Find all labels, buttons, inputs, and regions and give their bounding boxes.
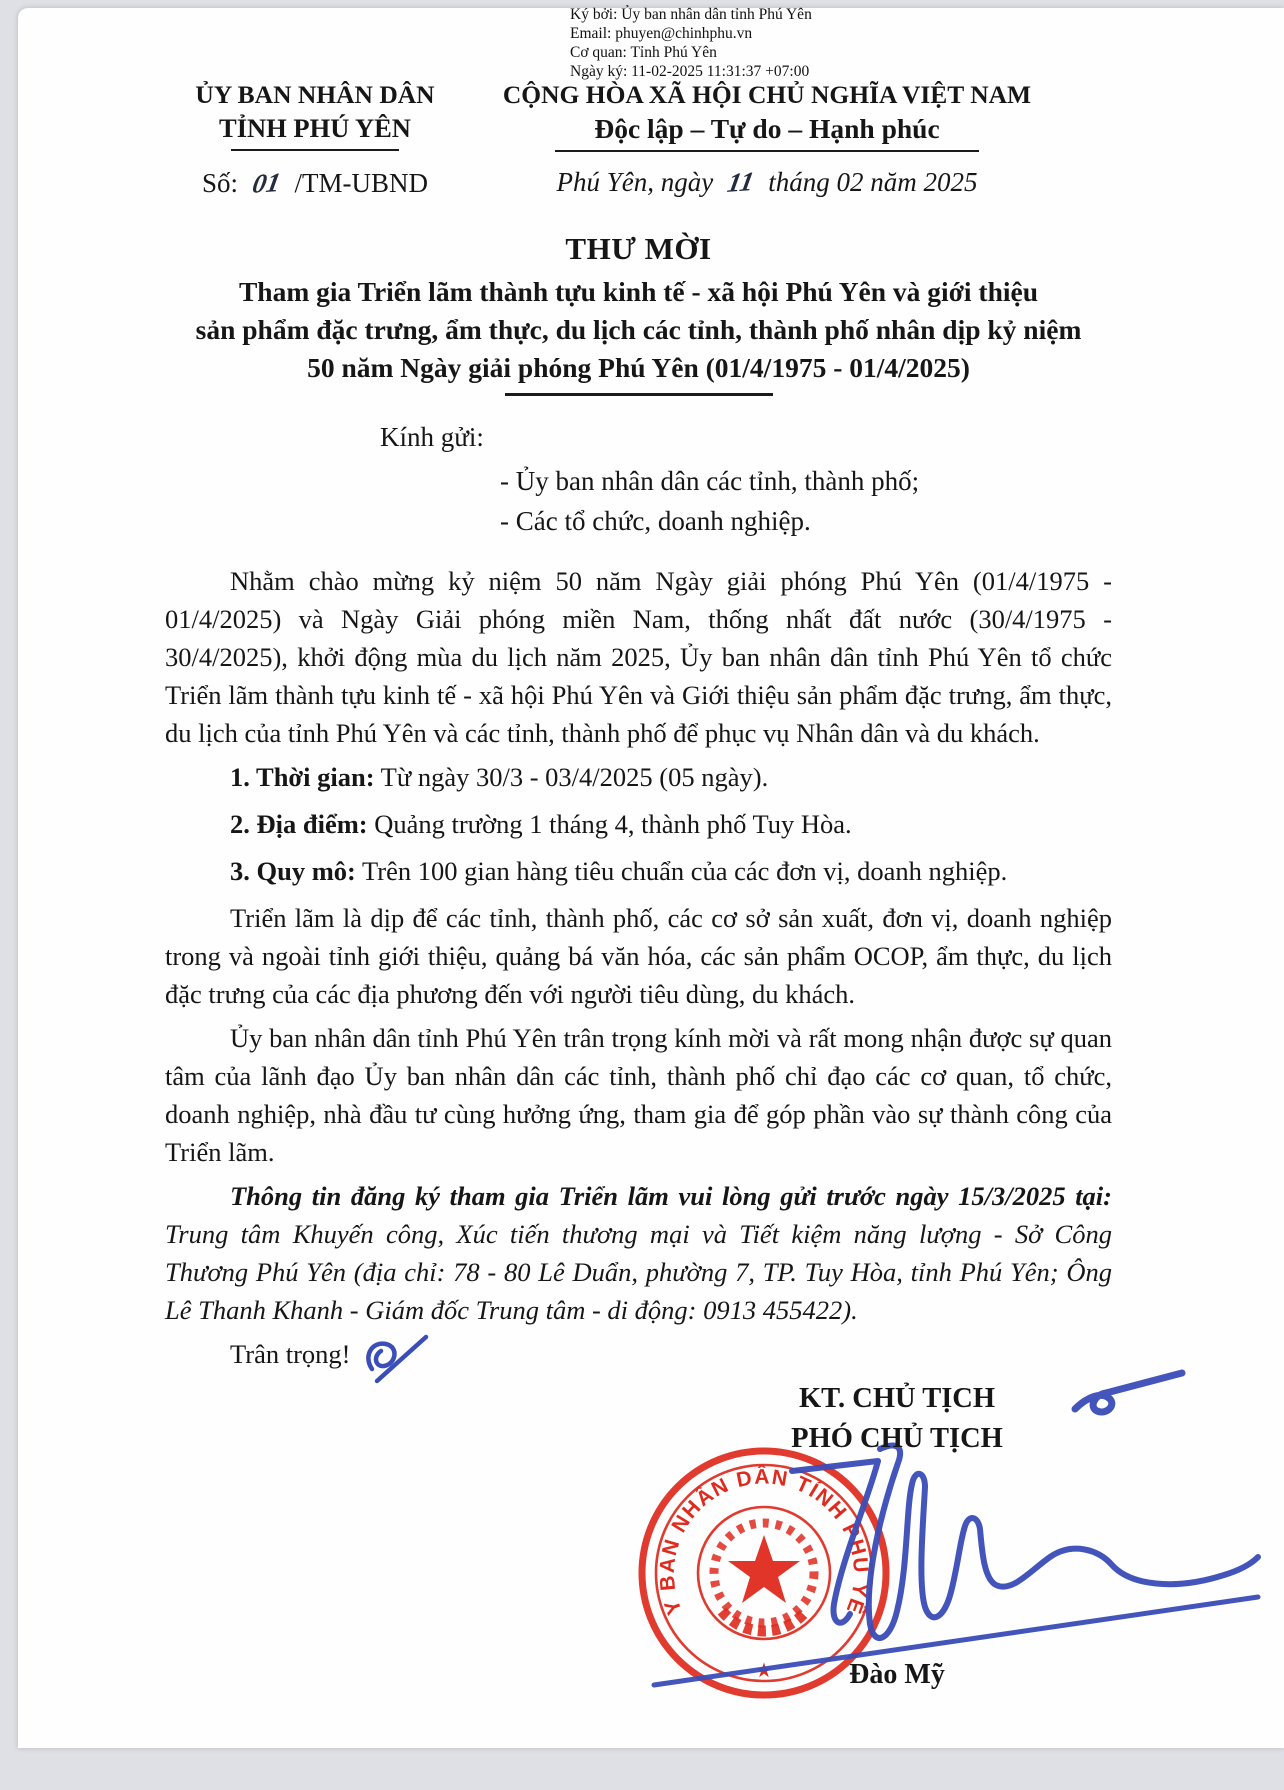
national-motto: Độc lập – Tự do – Hạnh phúc [487, 111, 1047, 147]
issuer-name: ỦY BAN NHÂN DÂN [165, 78, 465, 111]
scale-value: Trên 100 gian hàng tiêu chuẩn của các đơ… [356, 856, 1007, 886]
national-block: CỘNG HÒA XÃ HỘI CHỦ NGHĨA VIỆT NAM Độc l… [487, 78, 1047, 198]
subtitle-line-2: sản phẩm đặc trưng, ẩm thực, du lịch các… [165, 311, 1112, 349]
paragraph-purpose: Triển lãm là dịp để các tỉnh, thành phố,… [165, 899, 1112, 1013]
doc-number-suffix: /TM-UBND [295, 168, 429, 198]
signer-title-line-1: KT. CHỦ TỊCH [682, 1379, 1112, 1419]
paragraph-invitation: Ủy ban nhân dân tỉnh Phú Yên trân trọng … [165, 1019, 1112, 1171]
paragraph-intro: Nhằm chào mừng kỷ niệm 50 năm Ngày giải … [165, 562, 1112, 752]
scale-label: 3. Quy mô: [230, 856, 356, 886]
signer-title-line-2: PHÓ CHỦ TỊCH [682, 1419, 1112, 1459]
scanned-letter: Ký bởi: Ủy ban nhân dân tỉnh Phú Yên Ema… [0, 0, 1284, 1790]
venue-value: Quảng trường 1 tháng 4, thành phố Tuy Hò… [368, 809, 852, 839]
venue-item: 2. Địa điểm: Quảng trường 1 tháng 4, thà… [165, 805, 1112, 843]
registration-info: Thông tin đăng ký tham gia Triển lãm vui… [165, 1177, 1112, 1329]
letter-page: Ký bởi: Ủy ban nhân dân tỉnh Phú Yên Ema… [18, 8, 1284, 1748]
place-date-line: Phú Yên, ngày 11 tháng 02 năm 2025 [487, 167, 1047, 198]
recipient-item-1: - Ủy ban nhân dân các tỉnh, thành phố; [500, 461, 1112, 502]
signer-name: Đào Mỹ [682, 1659, 1112, 1691]
date-day-handwritten: 11 [717, 166, 765, 200]
doc-number: Số: 01 /TM-UBND [165, 168, 465, 199]
letter-header: ỦY BAN NHÂN DÂN TỈNH PHÚ YÊN Số: 01 /TM-… [165, 78, 1112, 199]
closing-line: Trân trọng! [165, 1335, 1112, 1373]
date-suffix: tháng 02 năm 2025 [768, 167, 977, 197]
recipient-item-2: - Các tổ chức, doanh nghiệp. [500, 501, 1112, 542]
doc-number-handwritten: 01 [242, 167, 291, 201]
date-prefix: Phú Yên, ngày [557, 167, 714, 197]
signer-title: KT. CHỦ TỊCH PHÓ CHỦ TỊCH [682, 1379, 1112, 1460]
letter-body: Nhằm chào mừng kỷ niệm 50 năm Ngày giải … [165, 562, 1112, 1373]
registration-contact: Trung tâm Khuyến công, Xúc tiến thương m… [165, 1219, 1112, 1325]
subtitle-line-1: Tham gia Triển lãm thành tựu kinh tế - x… [165, 273, 1112, 311]
letter-subtitle: Tham gia Triển lãm thành tựu kinh tế - x… [165, 273, 1112, 387]
salutation: Kính gửi: [380, 422, 1112, 453]
time-value: Từ ngày 30/3 - 03/4/2025 (05 ngày). [375, 762, 769, 792]
scale-item: 3. Quy mô: Trên 100 gian hàng tiêu chuẩn… [165, 852, 1112, 890]
time-item: 1. Thời gian: Từ ngày 30/3 - 03/4/2025 (… [165, 758, 1112, 796]
letter-title: THƯ MỜI [165, 231, 1112, 267]
time-label: 1. Thời gian: [230, 762, 375, 792]
closing-text: Trân trọng! [230, 1339, 350, 1369]
doc-number-prefix: Số: [202, 168, 238, 198]
motto-underline [555, 150, 979, 153]
national-title: CỘNG HÒA XÃ HỘI CHỦ NGHĨA VIỆT NAM [487, 78, 1047, 111]
title-underline [505, 393, 773, 396]
recipients-block: Kính gửi: - Ủy ban nhân dân các tỉnh, th… [165, 422, 1112, 542]
subtitle-line-3: 50 năm Ngày giải phóng Phú Yên (01/4/197… [165, 349, 1112, 387]
signature-block: KT. CHỦ TỊCH PHÓ CHỦ TỊCH ỦY BAN NHÂN DÂ… [682, 1379, 1112, 1711]
venue-label: 2. Địa điểm: [230, 809, 368, 839]
letter-title-block: THƯ MỜI Tham gia Triển lãm thành tựu kin… [165, 231, 1112, 395]
issuer-province: TỈNH PHÚ YÊN [165, 111, 465, 145]
issuer-block: ỦY BAN NHÂN DÂN TỈNH PHÚ YÊN Số: 01 /TM-… [165, 78, 465, 199]
issuer-underline [231, 149, 399, 152]
registration-deadline: Thông tin đăng ký tham gia Triển lãm vui… [230, 1181, 1112, 1211]
initial-mark-icon [358, 1329, 442, 1391]
